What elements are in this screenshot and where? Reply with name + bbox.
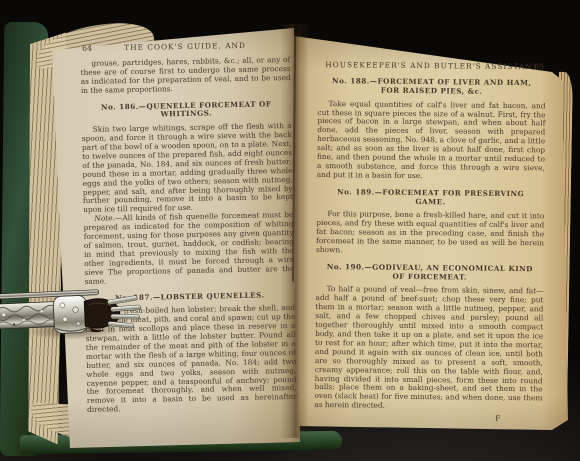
left-page-text: 64 THE COOK'S GUIDE, AND grouse, partrid… — [80, 40, 297, 415]
hand-bookmark — [0, 285, 145, 355]
recipe-188-heading: No. 188.—FORCEMEAT OF LIVER AND HAM, FOR… — [324, 77, 540, 97]
bookmark-cuff — [53, 295, 88, 333]
continued-paragraph: grouse, partridges, hares, rabbits, &c.;… — [80, 56, 291, 96]
recipe-189-body: For this purpose, bone a fresh-killed ha… — [316, 210, 544, 257]
running-head-right: HOUSEKEEPER'S AND BUTLER'S ASSISTANT — [318, 60, 546, 71]
page-number-right: 65 — [534, 62, 544, 71]
recipe-188-body: Take equal quantities of calf's liver an… — [317, 100, 546, 183]
right-page-header: HOUSEKEEPER'S AND BUTLER'S ASSISTANT 65 — [318, 60, 546, 71]
recipe-186-note: Note.—All kinds of fish quenelle forceme… — [83, 211, 294, 286]
bookmark-hand — [84, 295, 142, 332]
recipe-190-body: To half a pound of veal—free from skin, … — [314, 285, 543, 412]
note-body: —All kinds of fish quenelle forcemeat mu… — [83, 210, 294, 285]
recipe-189-heading: No. 189.—FORCEMEAT FOR PRESERVING GAME. — [322, 188, 538, 208]
recipe-186-heading: No. 186.—QUENELLE FORCEMEAT OF WHITINGS. — [87, 100, 285, 121]
book-photograph: 64 THE COOK'S GUIDE, AND grouse, partrid… — [0, 0, 580, 461]
recipe-186-body: Skin two large whitings, scrape off the … — [82, 122, 294, 215]
recipe-190-heading: No. 190.—GODIVEAU, AN ECONOMICAL KIND OF… — [322, 263, 538, 283]
right-page-text: HOUSEKEEPER'S AND BUTLER'S ASSISTANT 65 … — [314, 60, 546, 424]
